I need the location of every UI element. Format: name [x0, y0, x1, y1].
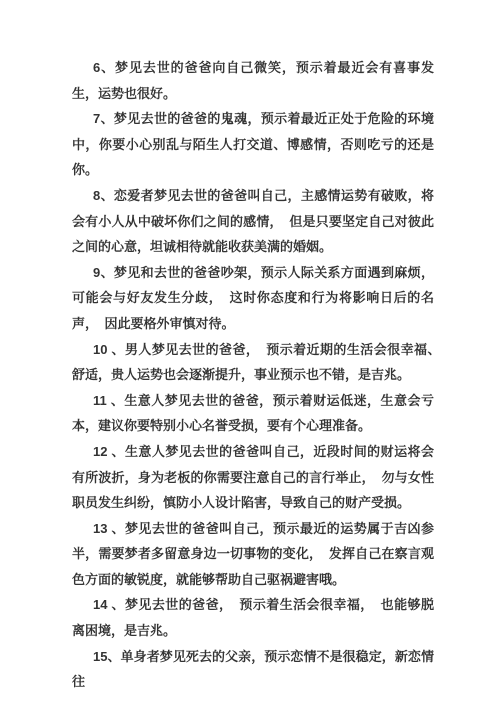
paragraph-item-10: 10 、男人梦见去世的爸爸， 预示着近期的生活会很幸福、 舒适，贵人运势也会逐渐…: [72, 337, 434, 388]
paragraph-item-7: 7、梦见去世的爸爸的鬼魂，预示着最近正处于危险的环境中，你要小心别乱与陌生人打交…: [72, 106, 434, 183]
paragraph-item-8: 8、恋爱者梦见去世的爸爸叫自己，主感情运势有破败，将会有小人从中破坏你们之间的感…: [72, 183, 434, 260]
paragraph-item-9: 9、梦见和去世的爸爸吵架，预示人际关系方面遇到麻烦，可能会与好友发生分歧， 这时…: [72, 260, 434, 337]
paragraph-item-11: 11 、生意人梦见去世的爸爸，预示着财运低迷，生意会亏本，建议你要特别小心名誉受…: [72, 388, 434, 439]
paragraph-item-14: 14 、梦见去世的爸爸， 预示着生活会很幸福， 也能够脱离困境，是吉兆。: [72, 592, 434, 643]
paragraph-item-6: 6、梦见去世的爸爸向自己微笑，预示着最近会有喜事发生，运势也很好。: [72, 55, 434, 106]
paragraph-item-15: 15、单身者梦见死去的父亲，预示恋情不是很稳定，新恋情往: [72, 644, 434, 695]
paragraph-item-13: 13 、梦见去世的爸爸叫自己，预示最近的运势属于吉凶参半，需要梦者多留意身边一切…: [72, 516, 434, 593]
paragraph-item-12: 12 、生意人梦见去世的爸爸叫自己，近段时间的财运将会有所波折，身为老板的你需要…: [72, 439, 434, 516]
document-body: 6、梦见去世的爸爸向自己微笑，预示着最近会有喜事发生，运势也很好。7、梦见去世的…: [72, 55, 434, 695]
document-page: 6、梦见去世的爸爸向自己微笑，预示着最近会有喜事发生，运势也很好。7、梦见去世的…: [0, 0, 500, 708]
